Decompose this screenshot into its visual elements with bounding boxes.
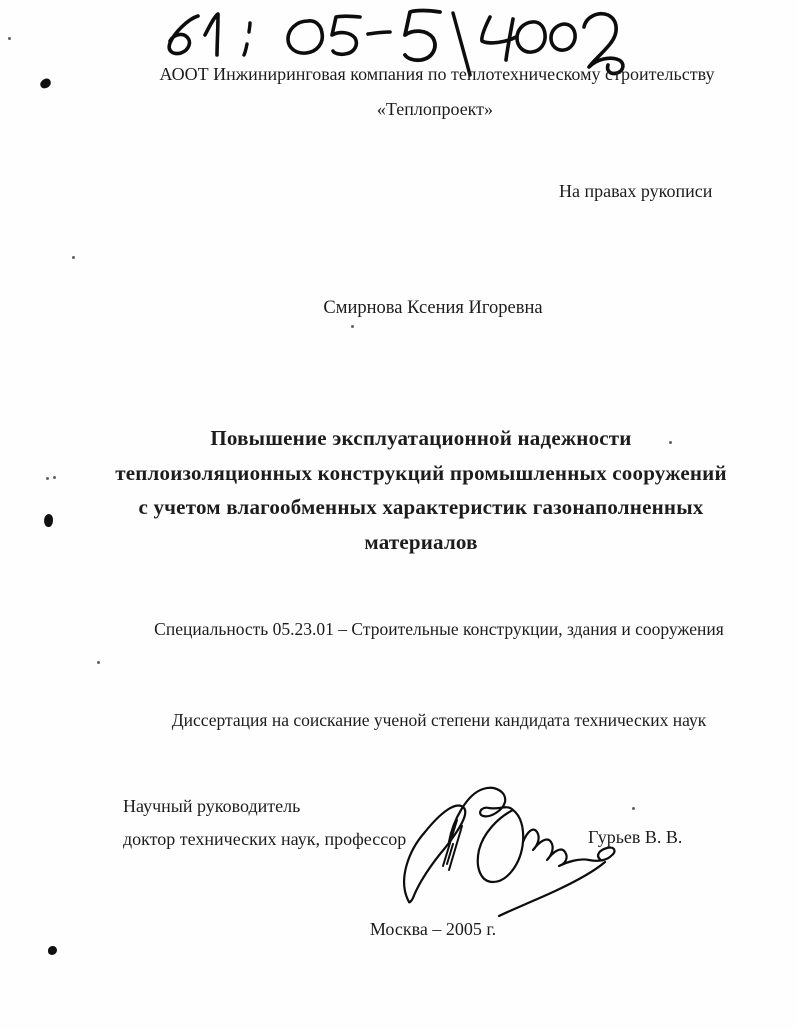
dissertation-title-page: 61 : 05-5 \ 4002 bbox=[0, 0, 798, 1029]
scan-speck bbox=[72, 256, 75, 259]
scan-speck bbox=[351, 325, 354, 328]
scan-speck bbox=[53, 476, 56, 479]
author-name: Смирнова Ксения Игоревна bbox=[34, 298, 798, 319]
title-line-4: материалов bbox=[22, 525, 798, 560]
organization-name: АООТ Инжиниринговая компания по теплотех… bbox=[38, 64, 798, 85]
manuscript-rights-note: На правах рукописи bbox=[559, 181, 712, 202]
dissertation-title: Повышение эксплуатационной надежности те… bbox=[22, 421, 798, 560]
ink-blot bbox=[48, 946, 57, 955]
title-line-1: Повышение эксплуатационной надежности bbox=[22, 421, 798, 456]
city-year: Москва – 2005 г. bbox=[34, 919, 798, 940]
supervisor-signature bbox=[395, 780, 635, 930]
supervisor-degree: доктор технических наук, профессор bbox=[123, 829, 406, 850]
signature-scrawl-icon bbox=[395, 780, 635, 925]
supervisor-name: Гурьев В. В. bbox=[588, 827, 682, 848]
supervisor-label: Научный руководитель bbox=[123, 796, 300, 817]
title-line-2: теплоизоляционных конструкций промышленн… bbox=[22, 456, 798, 491]
scan-speck bbox=[8, 37, 11, 40]
organization-short-name: «Теплопроект» bbox=[36, 99, 798, 120]
scan-speck bbox=[97, 661, 100, 664]
scan-speck bbox=[669, 441, 672, 444]
scan-speck bbox=[632, 807, 635, 810]
scan-speck bbox=[46, 477, 49, 480]
title-line-3: с учетом влагообменных характеристик газ… bbox=[22, 490, 798, 525]
specialty-line: Специальность 05.23.01 – Строительные ко… bbox=[40, 619, 798, 640]
thesis-statement: Диссертация на соискание ученой степени … bbox=[40, 710, 798, 731]
